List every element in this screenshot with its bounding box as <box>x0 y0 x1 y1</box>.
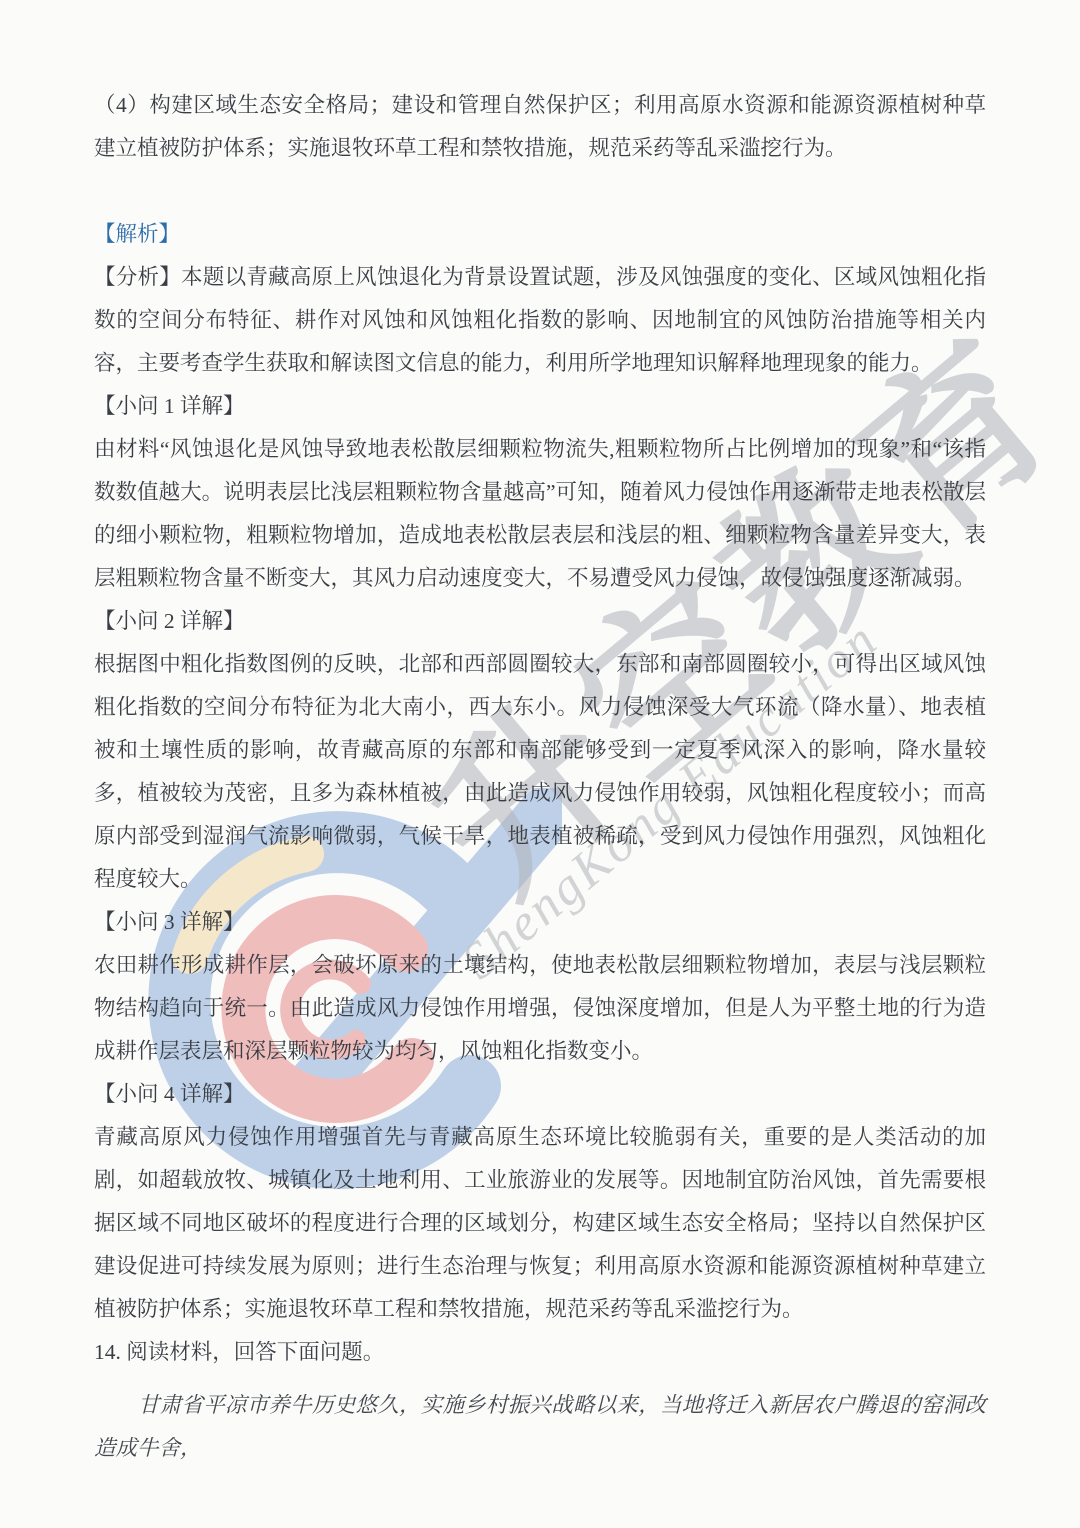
analysis-label: 【解析】 <box>94 213 986 256</box>
document-page: { "colors": { "page_background": "#fbfbf… <box>0 0 1080 1528</box>
detail-2-text: 根据图中粗化指数图例的反映，北部和西部圆圈较大，东部和南部圆圈较小，可得出区域风… <box>94 643 986 901</box>
detail-3-label: 【小问 3 详解】 <box>94 901 986 944</box>
document-content: （4）构建区域生态安全格局；建设和管理自然保护区；利用高原水资源和能源资源植树种… <box>94 84 986 1492</box>
detail-3-text: 农田耕作形成耕作层，会破坏原来的土壤结构，使地表松散层细颗粒物增加，表层与浅层颗… <box>94 944 986 1073</box>
question-14: 14. 阅读材料，回答下面问题。 <box>94 1331 986 1374</box>
material-paragraph: 甘肃省平凉市养牛历史悠久，实施乡村振兴战略以来，当地将迁入新居农户腾退的窑洞改造… <box>94 1384 986 1470</box>
detail-4-text: 青藏高原风力侵蚀作用增强首先与青藏高原生态环境比较脆弱有关，重要的是人类活动的加… <box>94 1116 986 1331</box>
detail-4-label: 【小问 4 详解】 <box>94 1073 986 1116</box>
answer-item-4: （4）构建区域生态安全格局；建设和管理自然保护区；利用高原水资源和能源资源植树种… <box>94 84 986 170</box>
analysis-intro: 【分析】本题以青藏高原上风蚀退化为背景设置试题，涉及风蚀强度的变化、区域风蚀粗化… <box>94 256 986 385</box>
detail-1-text: 由材料“风蚀退化是风蚀导致地表松散层细颗粒物流失,粗颗粒物所占比例增加的现象”和… <box>94 428 986 600</box>
detail-1-label: 【小问 1 详解】 <box>94 385 986 428</box>
blank-line <box>94 170 986 213</box>
detail-2-label: 【小问 2 详解】 <box>94 600 986 643</box>
